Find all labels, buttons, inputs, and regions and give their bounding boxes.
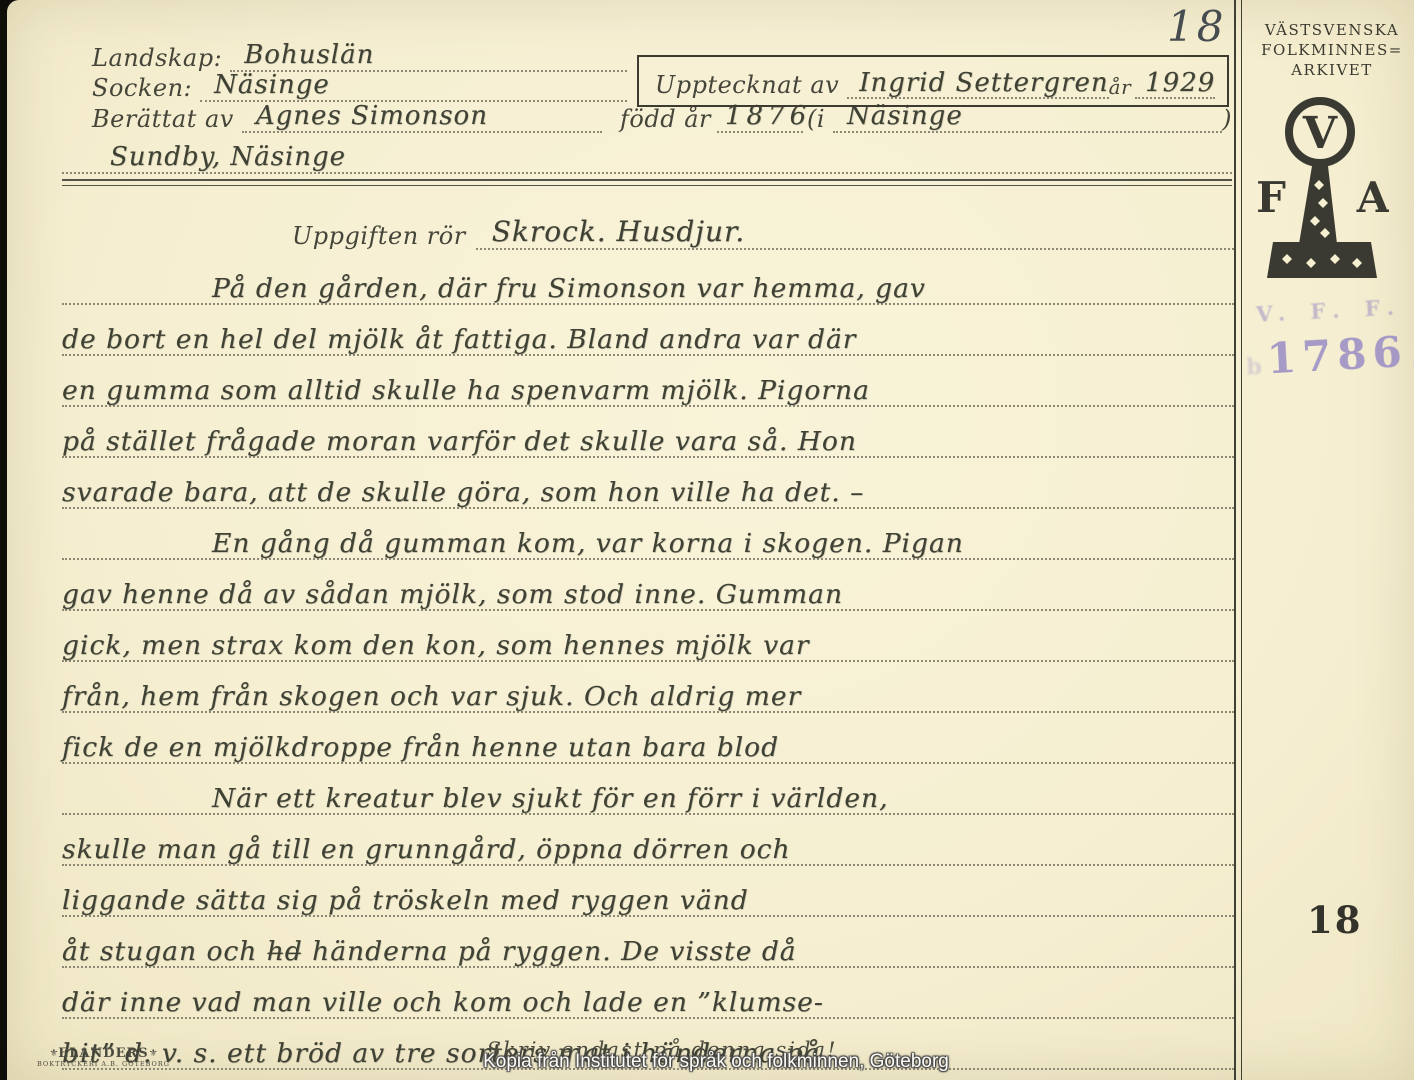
manuscript-line: På den gården, där fru Simonson var hemm… bbox=[62, 254, 1234, 305]
manuscript-line: från, hem från skogen och var sjuk. Och … bbox=[62, 662, 1234, 713]
stamp-number: 1786 bbox=[1266, 327, 1409, 383]
upptecknat-name-value: Ingrid Settergren bbox=[847, 69, 1108, 99]
manuscript-line-text: fick de en mjölkdroppe från henne utan b… bbox=[62, 733, 779, 763]
manuscript-line-text: gav henne då av sådan mjölk, som stod in… bbox=[62, 580, 843, 610]
archive-name-line2: FOLKMINNES= bbox=[1245, 40, 1414, 60]
svg-text:F: F bbox=[1257, 173, 1286, 222]
printer-ornament-icon: ⚜ bbox=[49, 1048, 58, 1059]
manuscript-line-text: svarade bara, att de skulle göra, som ho… bbox=[62, 478, 864, 508]
manuscript-line-text: liggande sätta sig på tröskeln med rygge… bbox=[62, 886, 749, 916]
manuscript-line: gav henne då av sådan mjölk, som stod in… bbox=[62, 560, 1234, 611]
header-divider-rule bbox=[62, 179, 1232, 186]
manuscript-line: En gång då gumman kom, var korna i skoge… bbox=[62, 509, 1234, 560]
manuscript-body: På den gården, där fru Simonson var hemm… bbox=[62, 254, 1234, 1070]
manuscript-line-text: När ett kreatur blev sjukt för en förr i… bbox=[212, 784, 889, 814]
manuscript-line: de bort en hel del mjölk åt fattiga. Bla… bbox=[62, 305, 1234, 356]
scanned-document: Landskap: Bohuslän Socken: Näsinge Berät… bbox=[0, 0, 1414, 1080]
fodd-paren-close: ) bbox=[1222, 105, 1232, 133]
field-berattat-av: Berättat av Agnes Simonson bbox=[92, 99, 602, 133]
manuscript-line-text: på stället frågade moran varför det skul… bbox=[62, 427, 857, 457]
manuscript-line-text: skulle man gå till en grunngård, öppna d… bbox=[62, 835, 791, 865]
svg-text:A: A bbox=[1356, 173, 1389, 222]
stamp-number-row: b 1786 A bbox=[1245, 327, 1414, 385]
printer-mark: ⚜ELANDERS⚜ BOKTRYCKERI A.B. GÖTEBORG bbox=[37, 1042, 170, 1068]
field-address-value: Sundby, Näsinge bbox=[62, 142, 346, 172]
subject-row: Uppgiften rör Skrock. Husdjur. bbox=[292, 210, 1234, 250]
printed-page-number: 18 bbox=[1307, 898, 1363, 942]
manuscript-line-text: åt stugan och h̶d̶ händerna på ryggen. D… bbox=[62, 937, 797, 967]
manuscript-line: en gumma som alltid skulle ha spenvarm m… bbox=[62, 356, 1234, 407]
record-card-paper: Landskap: Bohuslän Socken: Näsinge Berät… bbox=[7, 0, 1414, 1080]
upptecknat-label: Upptecknat av bbox=[655, 71, 839, 99]
archive-name-line1: VÄSTSVENSKA bbox=[1245, 20, 1414, 40]
field-berattat-value: Agnes Simonson bbox=[242, 101, 602, 133]
manuscript-line-text: gick, men strax kom den kon, som hennes … bbox=[62, 631, 810, 661]
manuscript-line-text: en gumma som alltid skulle ha spenvarm m… bbox=[62, 376, 870, 406]
archive-name-line3: ARKIVET bbox=[1245, 60, 1414, 80]
printer-subline: BOKTRYCKERI A.B. GÖTEBORG bbox=[37, 1060, 170, 1068]
scan-left-edge bbox=[0, 0, 7, 1080]
field-socken-value: Näsinge bbox=[200, 70, 627, 102]
manuscript-line: liggande sätta sig på tröskeln med rygge… bbox=[62, 866, 1234, 917]
field-socken-label: Socken: bbox=[92, 74, 192, 102]
svg-text:V: V bbox=[1302, 108, 1338, 159]
manuscript-line-text: där inne vad man ville och kom och lade … bbox=[62, 988, 824, 1018]
archive-copy-caption: Kopia från Institutet för språk och folk… bbox=[483, 1051, 949, 1073]
manuscript-line: på stället frågade moran varför det skul… bbox=[62, 407, 1234, 458]
handwritten-page-number: 18 bbox=[1167, 2, 1226, 51]
manuscript-line-text: de bort en hel del mjölk åt fattiga. Bla… bbox=[62, 325, 856, 355]
subject-value: Skrock. Husdjur. bbox=[476, 216, 1234, 250]
field-berattat-label: Berättat av bbox=[92, 105, 234, 133]
manuscript-line: svarade bara, att de skulle göra, som ho… bbox=[62, 458, 1234, 509]
thor-hammer-logo-icon: V F A bbox=[1257, 92, 1389, 301]
accession-stamp: V. F. F. b 1786 A bbox=[1243, 294, 1414, 385]
printer-name: ELANDERS bbox=[58, 1046, 148, 1061]
printer-ornament-icon: ⚜ bbox=[149, 1048, 158, 1059]
sidebar-divider-rule bbox=[1234, 0, 1242, 1080]
manuscript-line: åt stugan och h̶d̶ händerna på ryggen. D… bbox=[62, 917, 1234, 968]
ar-label: år bbox=[1109, 75, 1131, 99]
archive-name: VÄSTSVENSKA FOLKMINNES= ARKIVET bbox=[1245, 20, 1414, 80]
stamp-smudge-left: b bbox=[1246, 354, 1263, 381]
ar-value: 1929 bbox=[1135, 69, 1215, 99]
manuscript-line-text: På den gården, där fru Simonson var hemm… bbox=[212, 274, 926, 304]
manuscript-line: där inne vad man ville och kom och lade … bbox=[62, 968, 1234, 1019]
field-landskap: Landskap: Bohuslän bbox=[92, 38, 627, 72]
manuscript-line: skulle man gå till en grunngård, öppna d… bbox=[62, 815, 1234, 866]
upptecknat-box: Upptecknat av Ingrid Settergren år 1929 bbox=[637, 55, 1229, 107]
subject-label: Uppgiften rör bbox=[292, 222, 466, 250]
fodd-ar-label: född år bbox=[620, 105, 711, 133]
fodd-paren-open: (i bbox=[807, 105, 825, 133]
manuscript-line: fick de en mjölkdroppe från henne utan b… bbox=[62, 713, 1234, 764]
manuscript-line-text: En gång då gumman kom, var korna i skoge… bbox=[212, 529, 964, 559]
manuscript-line: När ett kreatur blev sjukt för en förr i… bbox=[62, 764, 1234, 815]
manuscript-line: gick, men strax kom den kon, som hennes … bbox=[62, 611, 1234, 662]
field-socken: Socken: Näsinge bbox=[92, 68, 627, 102]
manuscript-line-text: från, hem från skogen och var sjuk. Och … bbox=[62, 682, 801, 712]
field-address: Sundby, Näsinge bbox=[62, 138, 1232, 174]
